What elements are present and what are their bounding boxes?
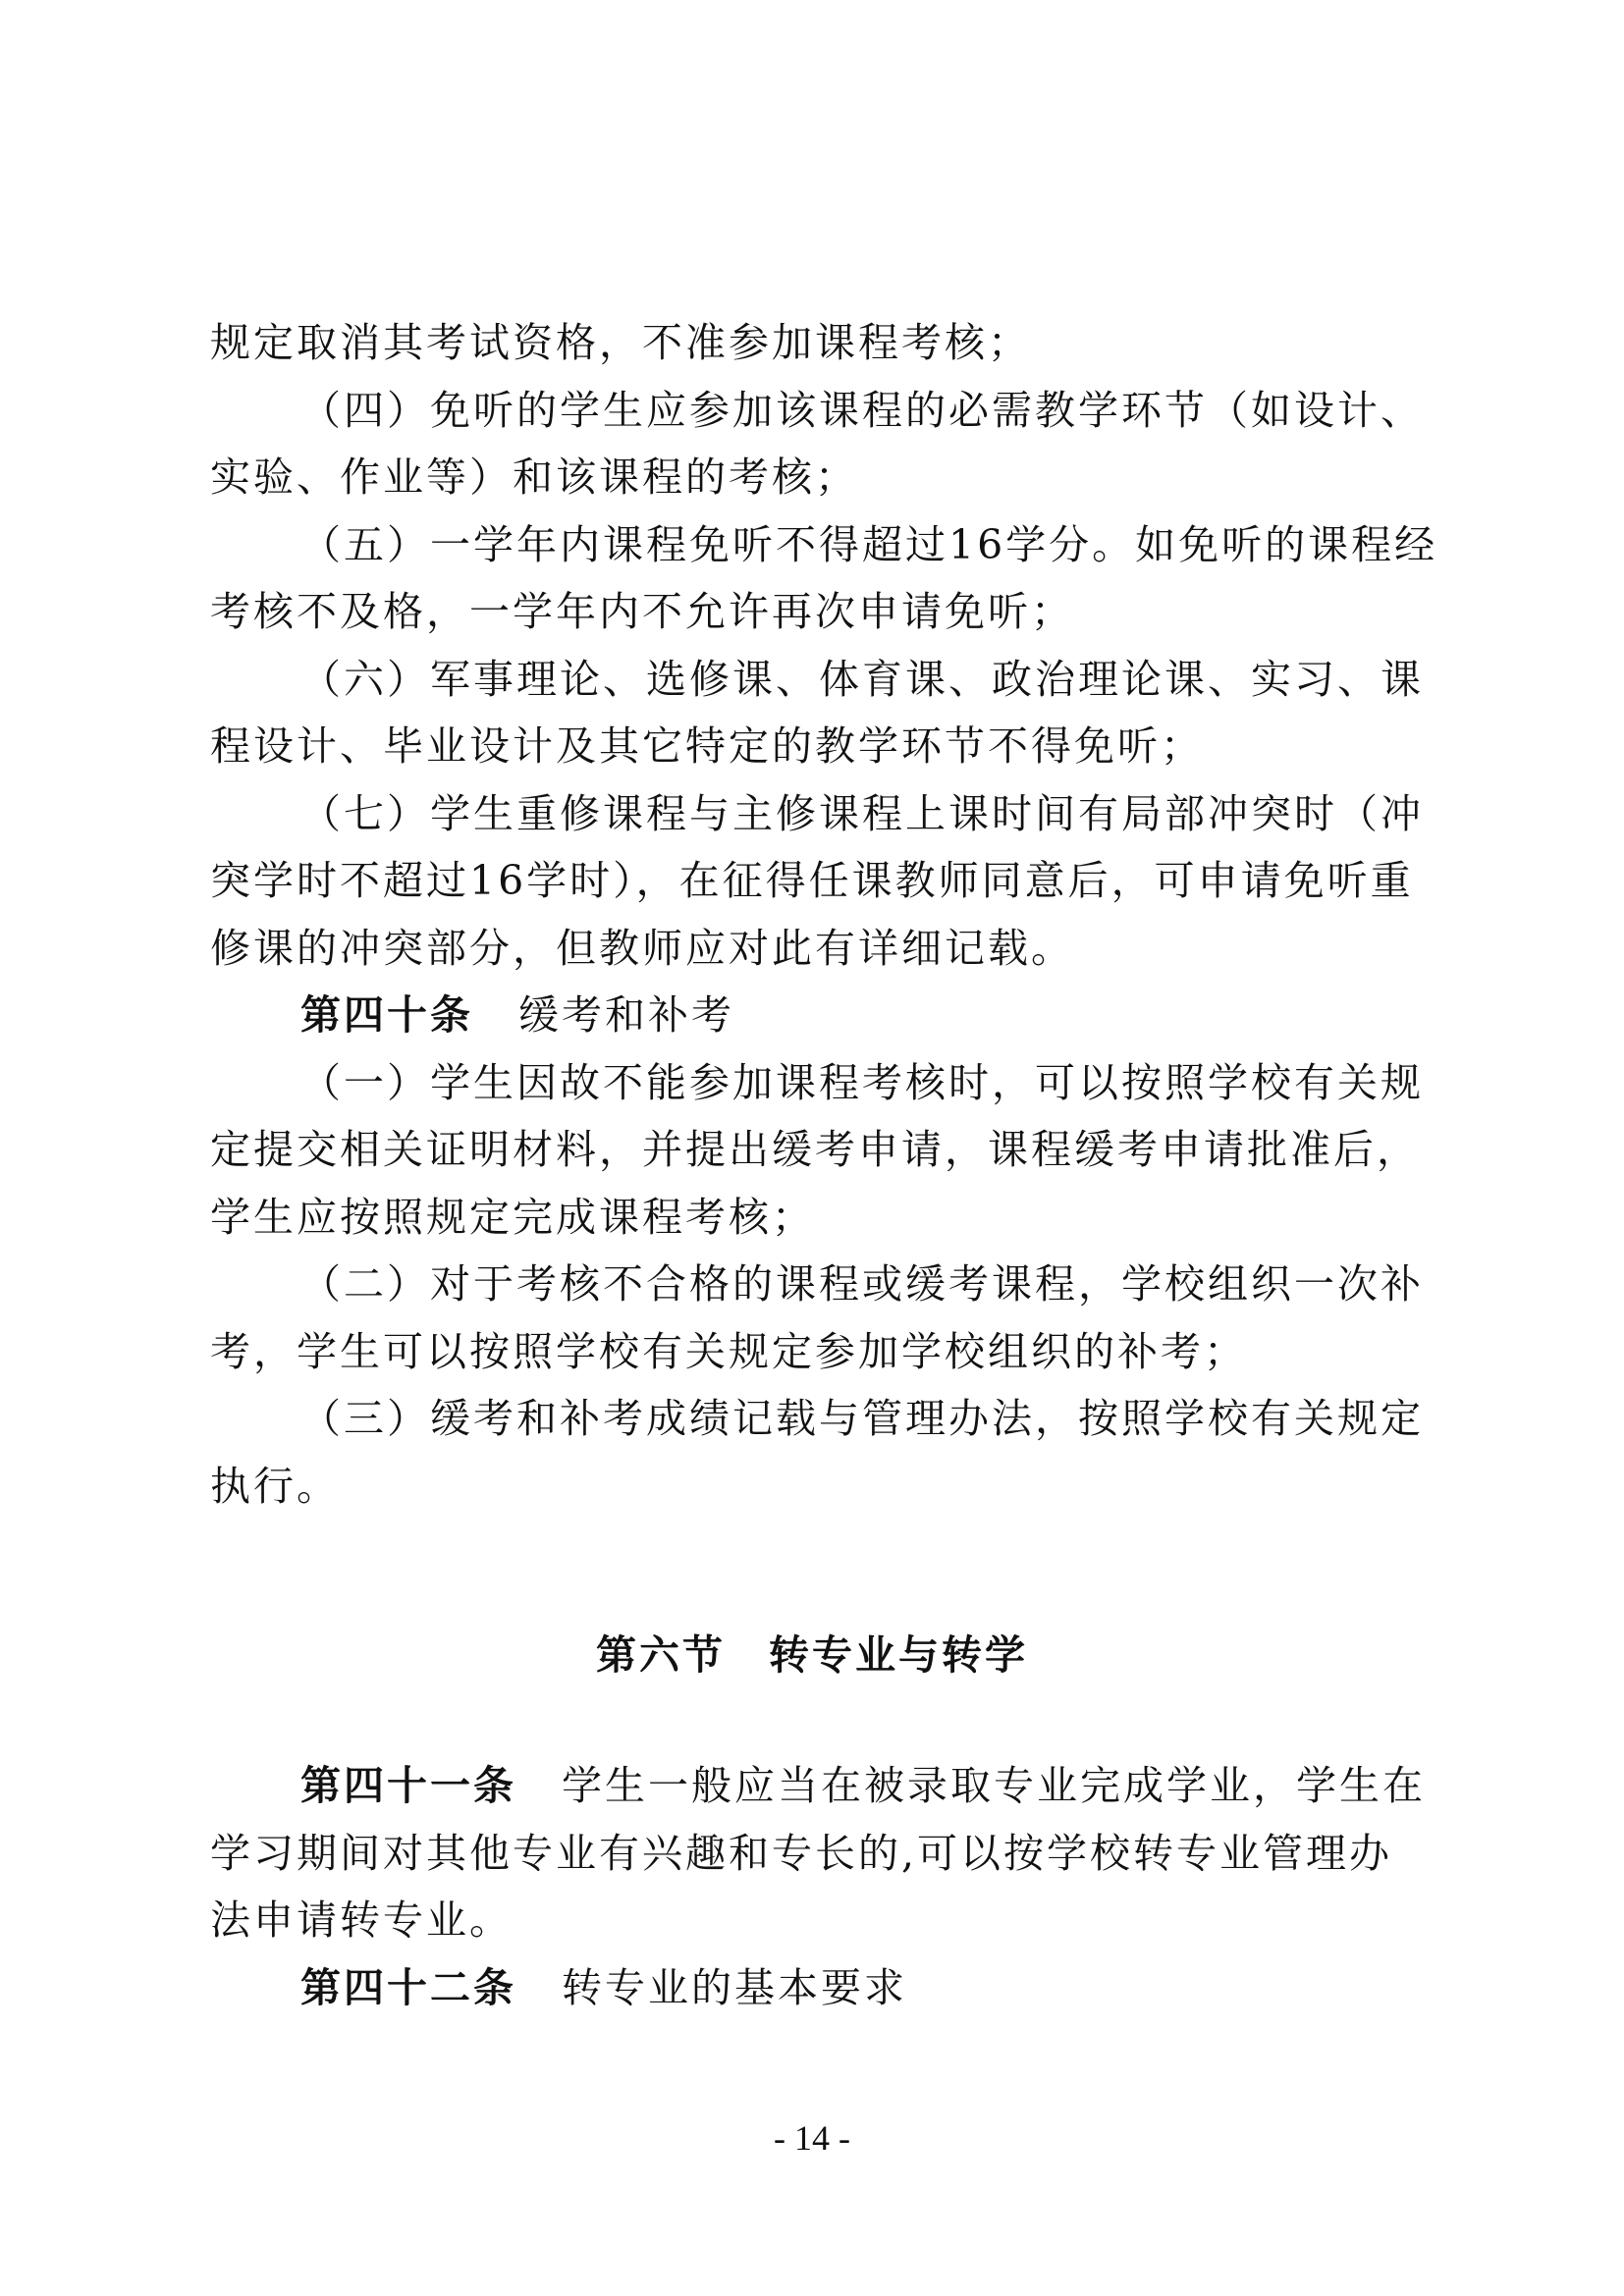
article-40-heading: 第四十条缓考和补考 <box>210 982 1435 1049</box>
paragraph-line: 定提交相关证明材料，并提出缓考申请，课程缓考申请批准后， <box>210 1116 1435 1184</box>
article-41-heading: 第四十一条学生一般应当在被录取专业完成学业，学生在 <box>210 1752 1435 1820</box>
paragraph-line: （一）学生因故不能参加课程考核时，可以按照学校有关规 <box>210 1049 1435 1117</box>
article-title: 转专业的基本要求 <box>562 1964 907 2011</box>
document-body-lower: 第四十一条学生一般应当在被录取专业完成学业，学生在 学习期间对其他专业有兴趣和专… <box>210 1752 1435 2021</box>
paragraph-line: 法申请转专业。 <box>210 1887 1435 1954</box>
paragraph-line: 执行。 <box>210 1453 1435 1521</box>
article-label: 第四十条 <box>300 991 473 1039</box>
paragraph-line: 突学时不超过16学时），在征得任课教师同意后，可申请免听重 <box>210 847 1435 915</box>
paragraph-line: （五）一学年内课程免听不得超过16学分。如免听的课程经 <box>210 511 1435 579</box>
paragraph-line: 学习期间对其他专业有兴趣和专长的,可以按学校转专业管理办 <box>210 1820 1435 1888</box>
paragraph-line: （三）缓考和补考成绩记载与管理办法，按照学校有关规定 <box>210 1385 1435 1453</box>
paragraph-line: （七）学生重修课程与主修课程上课时间有局部冲突时（冲 <box>210 780 1435 848</box>
paragraph-line: 规定取消其考试资格，不准参加课程考核； <box>210 309 1435 377</box>
paragraph-line: （四）免听的学生应参加该课程的必需教学环节（如设计、 <box>210 377 1435 445</box>
article-label: 第四十一条 <box>300 1762 516 1809</box>
article-title: 缓考和补考 <box>518 991 734 1039</box>
paragraph-line: 学生应按照规定完成课程考核； <box>210 1184 1435 1252</box>
paragraph-line: 程设计、毕业设计及其它特定的教学环节不得免听； <box>210 713 1435 780</box>
section-title: 第六节 转专业与转学 <box>0 1623 1624 1681</box>
article-text: 学生一般应当在被录取专业完成学业，学生在 <box>562 1762 1426 1809</box>
paragraph-line: 实验、作业等）和该课程的考核； <box>210 444 1435 511</box>
paragraph-line: 修课的冲突部分，但教师应对此有详细记载。 <box>210 915 1435 983</box>
paragraph-line: （二）对于考核不合格的课程或缓考课程，学校组织一次补 <box>210 1251 1435 1318</box>
article-label: 第四十二条 <box>300 1964 516 2011</box>
page-number: - 14 - <box>0 2117 1624 2159</box>
article-42-heading: 第四十二条转专业的基本要求 <box>210 1954 1435 2022</box>
paragraph-line: 考核不及格，一学年内不允许再次申请免听； <box>210 578 1435 646</box>
document-body-upper: 规定取消其考试资格，不准参加课程考核； （四）免听的学生应参加该课程的必需教学环… <box>210 309 1435 1520</box>
paragraph-line: （六）军事理论、选修课、体育课、政治理论课、实习、课 <box>210 646 1435 714</box>
paragraph-line: 考，学生可以按照学校有关规定参加学校组织的补考； <box>210 1318 1435 1386</box>
